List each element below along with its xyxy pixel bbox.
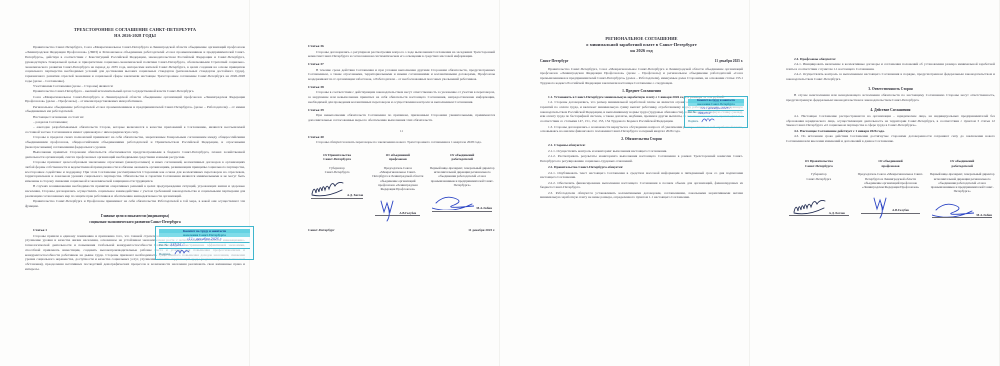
beglov-signature (793, 199, 827, 215)
article-40-text: Стороны обязуются начать переговоры по з… (308, 140, 495, 145)
stamp-sign-label: Подпись (159, 252, 171, 257)
signing-footer: Санкт-Петербург 11 декабря 2025 г. (308, 228, 495, 232)
clause-2-1-1: 2.1.1. Осуществлять контроль и мониторин… (540, 149, 743, 154)
page-2-articles-signatures: Статья 36 Стороны договорились о регуляр… (250, 0, 500, 366)
signatory-name: М.А.Лобин (476, 206, 492, 210)
signatory-header: От объединений профсоюзов (858, 159, 924, 168)
stamp-signature-squiggle (174, 249, 190, 256)
signatory-role: Первый вице-президент, генеральный дирек… (929, 172, 995, 194)
paragraph: – разделов Соглашения; (25, 120, 245, 125)
paragraph: – ежегодно разрабатываемых обязательств … (25, 125, 245, 135)
signatory-header: От объединений работодателей (929, 159, 995, 168)
registration-stamp-page1: Комитет по труду и занятости населения С… (155, 226, 254, 260)
signatory-header: От объединений профсоюзов (372, 153, 423, 162)
page3-title-line3: на 2026 год (540, 48, 743, 54)
article-39-label: Статья 39 (308, 108, 495, 112)
clause-4-2: 4.2. Настоящее Соглашение действует с 1 … (786, 129, 995, 134)
stamp-sign-label: Подпись (688, 120, 698, 124)
stamp-date-handwritten: «11» декабря 2025 г. (688, 106, 745, 111)
section-2-heading: 2. Обязательства Сторон (540, 137, 743, 142)
article-36-label: Статья 36 (308, 44, 495, 48)
clause-2-4-head: 2.4. Профсоюзы обязуются: (786, 57, 995, 62)
beglov-signature (311, 181, 345, 197)
clause-4-1: 4.1. Настоящее Соглашение распространяет… (786, 114, 995, 128)
clause-2-2-2: 2.2.2. Обеспечить финансирование выполне… (540, 181, 743, 191)
paragraph: Настоящее Соглашение состоит из: (25, 115, 245, 120)
article-36-text: Стороны договорились о регулярном рассмо… (308, 50, 495, 60)
stamp-reg-label: Рег. № (159, 243, 168, 248)
section-1-heading: 1. Предмет Соглашения (540, 89, 743, 94)
section-heading-line1: Главные цели и показатели (индикаторы) (25, 214, 245, 219)
article-39-text: При невыполнении обязательств Соглашения… (308, 113, 495, 123)
signatory-role: Губернатор Санкт-Петербурга (308, 166, 366, 175)
article-37-label: Статья 37 (308, 62, 495, 66)
signatory-government: От Правительства Санкт-Петербурга Губерн… (308, 153, 366, 216)
signature-block: От Правительства Санкт-Петербурга Губерн… (786, 159, 995, 218)
signatory-employers: От объединений работодателей Первый вице… (429, 153, 495, 216)
page1-title-line2: НА 2026-2028 ГОДЫ (25, 33, 245, 39)
signatory-header: От Правительства Санкт-Петербурга (786, 159, 852, 168)
signatory-name: А.Д. Беглов (347, 193, 363, 197)
clause-2-4-2: 2.4.2. Осуществлять контроль за выполнен… (786, 72, 995, 82)
page-3-regional-minimum-wage-agreement: РЕГИОНАЛЬНОЕ СОГЛАШЕНИЕ о минимальной за… (500, 0, 750, 366)
signature-block: От Правительства Санкт-Петербурга Губерн… (308, 153, 495, 216)
signatory-name: А.Д. Беглов (829, 211, 845, 215)
clause-2-4-1: 2.4.1. Инициировать включение в коллекти… (786, 62, 995, 72)
stamp-reg-number-handwritten: 337/25-С (169, 243, 184, 248)
clause-4-3: 4.3. По истечении срока действия Соглаше… (786, 134, 995, 144)
signatory-role: Председатель Союза «Межрегиональное Санк… (372, 166, 423, 192)
section-heading-line2: социально-экономического развития Санкт-… (25, 220, 245, 225)
signatory-role: Председатель Союза «Межрегиональное Санк… (858, 172, 924, 189)
signatory-name: А.В.Голубев (399, 211, 416, 215)
signatory-role: Первый вице-президент, генеральный дирек… (429, 166, 495, 188)
place-date-row: Санкт-Петербург 11 декабря 2025 г. (540, 59, 743, 63)
paragraph: Союз «Межрегиональное Санкт-Петербурга и… (25, 95, 245, 105)
signatory-name: А.В.Голубев (892, 208, 909, 212)
article-40-label: Статья 40 (308, 135, 495, 139)
signatory-header: От Правительства Санкт-Петербурга (308, 153, 366, 162)
signatory-unions: От объединений профсоюзов Председатель С… (858, 159, 924, 218)
signatory-role: Губернатор Санкт-Петербурга (786, 172, 852, 181)
section-4-heading: 4. Действие Соглашения (786, 108, 995, 113)
article-38-text: Стороны в соответствии с действующим зак… (308, 90, 495, 104)
signatory-header: От объединений работодателей (429, 153, 495, 162)
paragraph: Стороны признают целесообразным заключен… (25, 160, 245, 184)
signing-place: Санкт-Петербург (308, 228, 335, 232)
page-1-tripartite-agreement: ТРЕХСТОРОННЕЕ СОГЛАШЕНИЕ САНКТ-ПЕТЕРБУРГ… (0, 0, 250, 366)
lobin-signature (432, 194, 474, 210)
document-scan-canvas: ТРЕХСТОРОННЕЕ СОГЛАШЕНИЕ САНКТ-ПЕТЕРБУРГ… (0, 0, 1000, 366)
paragraph: Участниками Соглашения (далее – Стороны)… (25, 84, 245, 89)
clause-2-1-head: 2.1. Стороны обязуются: (540, 143, 743, 148)
stamp-reg-label: Рег. № (688, 111, 696, 115)
meta-place: Санкт-Петербург (540, 59, 568, 63)
registration-stamp-page3: Комитет по труду и занятости населения С… (684, 96, 748, 128)
paragraph: Стороны в пределах своих полномочий прин… (25, 135, 245, 149)
golubev-signature (872, 196, 890, 220)
section-3-heading: 3. Ответственность Сторон (786, 87, 995, 92)
page-number: 11 (308, 129, 495, 133)
clause-2-1-2: 2.1.2. Рассматривать результаты монитори… (540, 154, 743, 164)
paragraph: Региональное объединение работодателей «… (25, 105, 245, 115)
article-37-text: В течение срока действия Соглашения и пр… (308, 68, 495, 82)
page-4-final-provisions-signatures: 2.4. Профсоюзы обязуются: 2.4.1. Инициир… (750, 0, 1000, 366)
golubev-signature (379, 199, 397, 223)
clause-2-2-1: 2.2.1. Опубликовать текст настоящего Сог… (540, 171, 743, 181)
signatory-employers: От объединений работодателей Первый вице… (929, 159, 995, 218)
signatory-unions: От объединений профсоюзов Председатель С… (372, 153, 423, 216)
paragraph: Выполнение принятых Сторонами обязательс… (25, 150, 245, 160)
signatory-government: От Правительства Санкт-Петербурга Губерн… (786, 159, 852, 218)
clause-2-2-head: 2.2. Правительство Санкт-Петербурга обяз… (540, 165, 743, 170)
paragraph: В случаях возникновения необходимости пр… (25, 184, 245, 198)
meta-date: 11 декабря 2025 г. (715, 59, 743, 63)
paragraph: Правительство Санкт-Петербурга – высший … (25, 89, 245, 94)
stamp-reg-number-handwritten: 394/25-С (697, 111, 710, 115)
article-38-label: Статья 38 (308, 85, 495, 89)
signatory-name: М.А.Лобин (976, 213, 992, 217)
paragraph: Правительство Санкт-Петербурга и Профсою… (25, 199, 245, 209)
paragraph: Правительство Санкт-Петербурга, Союз «Ме… (25, 45, 245, 83)
stamp-signature-squiggle (701, 117, 715, 124)
preamble: Правительство Санкт-Петербурга, Союз «Ме… (540, 67, 743, 86)
clause-2-3: 2.3. Работодатели обязуются устанавливат… (540, 191, 743, 201)
section-3-text: В случае неисполнения или ненадлежащего … (786, 93, 995, 103)
signing-date: 11 декабря 2025 г. (468, 228, 495, 232)
lobin-signature (932, 201, 974, 217)
